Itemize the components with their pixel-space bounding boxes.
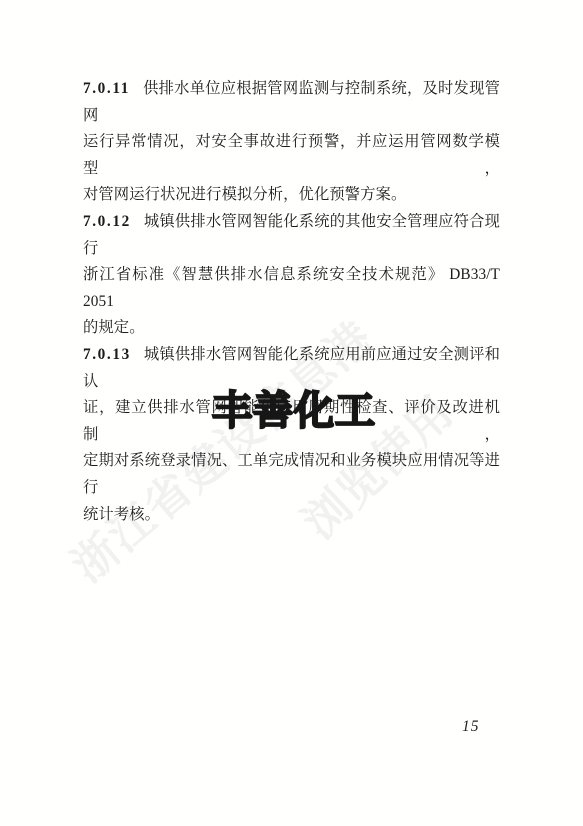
clause-7-0-12: 7.0.12城镇供排水管网智能化系统的其他安全管理应符合现行 浙江省标准《智慧供…: [83, 209, 500, 342]
clause-text: 供排水单位应根据管网监测与控制系统，及时发现管网: [83, 80, 500, 124]
clause-number: 7.0.13: [83, 346, 131, 363]
company-stamp-text: 丰善化工: [212, 388, 376, 434]
text-line: 7.0.11供排水单位应根据管网监测与控制系统，及时发现管网: [83, 76, 500, 129]
body-text: 7.0.11供排水单位应根据管网监测与控制系统，及时发现管网 运行异常情况，对安…: [83, 76, 500, 528]
clause-7-0-13: 7.0.13城镇供排水管网智能化系统应用前应通过安全测评和认 证，建立供排水管网…: [83, 342, 500, 528]
text-line: 的规定。: [83, 315, 500, 342]
clause-text: 城镇供排水管网智能化系统的其他安全管理应符合现行: [83, 213, 500, 257]
text-line: 浙江省标准《智慧供排水信息系统安全技术规范》 DB33/T 2051: [83, 262, 500, 315]
text-line: 运行异常情况，对安全事故进行预警，并应运用管网数学模型，: [83, 129, 500, 182]
page-number: 15: [462, 718, 480, 736]
text-line: 统计考核。: [83, 502, 500, 529]
clause-text: 城镇供排水管网智能化系统应用前应通过安全测评和认: [83, 346, 500, 390]
clause-number: 7.0.12: [83, 213, 131, 230]
clause-7-0-11: 7.0.11供排水单位应根据管网监测与控制系统，及时发现管网 运行异常情况，对安…: [83, 76, 500, 209]
text-line: 7.0.12城镇供排水管网智能化系统的其他安全管理应符合现行: [83, 209, 500, 262]
document-page: 浙江省建设信息港 浏览使用 7.0.11供排水单位应根据管网监测与控制系统，及时…: [0, 0, 583, 826]
text-line: 定期对系统登录情况、工单完成情况和业务模块应用情况等进行: [83, 448, 500, 501]
clause-number: 7.0.11: [83, 80, 130, 97]
text-line: 对管网运行状况进行模拟分析，优化预警方案。: [83, 182, 500, 209]
